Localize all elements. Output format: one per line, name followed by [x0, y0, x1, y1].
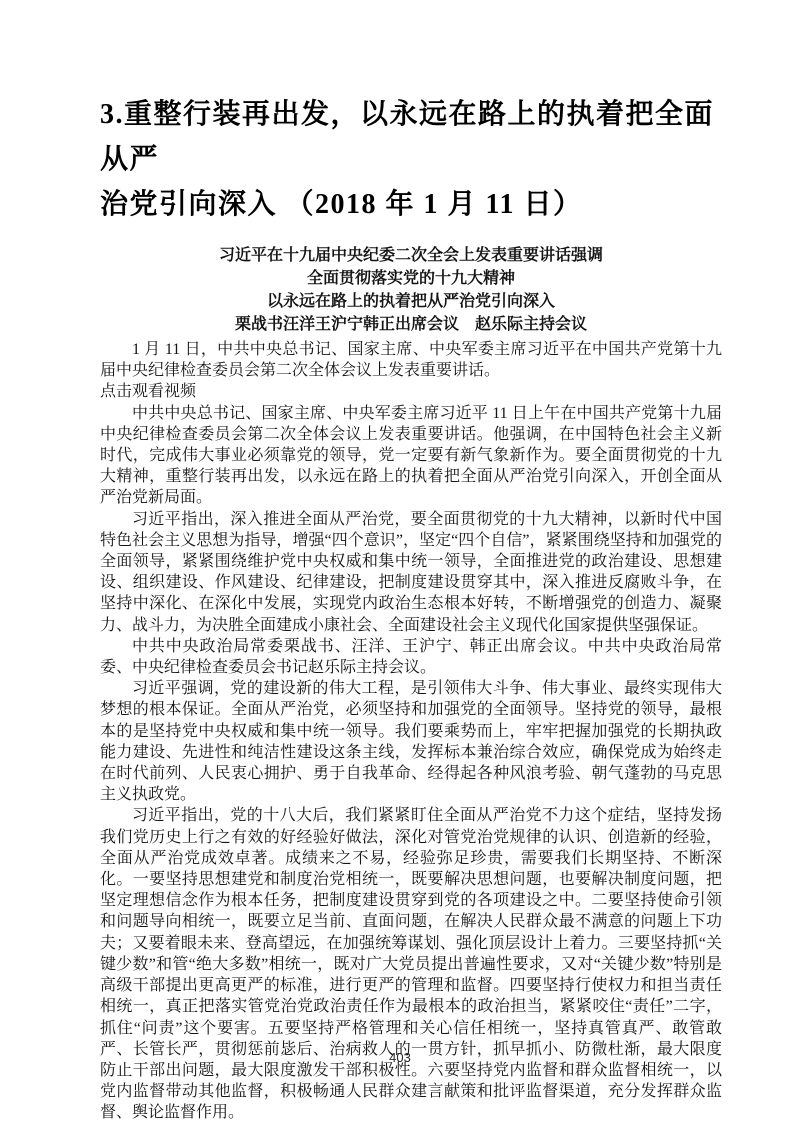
body-paragraph: 中共中央政治局常委栗战书、汪洋、王沪宁、韩正出席会议。中共中央政治局常委、中央纪…	[100, 636, 722, 678]
document-title: 3.重整行装再出发，以永远在路上的执着把全面从严 治党引向深入 （2018 年 …	[100, 0, 722, 227]
title-line-1: 3.重整行装再出发，以永远在路上的执着把全面从严	[100, 92, 722, 182]
headline-line-4: 栗战书汪洋王沪宁韩正出席会议 赵乐际主持会议	[100, 313, 722, 336]
title-line-2: 治党引向深入 （2018 年 1 月 11 日）	[100, 182, 722, 227]
headline-line-2: 全面贯彻落实党的十九大精神	[100, 267, 722, 290]
body-paragraph: 习近平指出，深入推进全面从严治党，要全面贯彻党的十九大精神，以新时代中国特色社会…	[100, 509, 722, 636]
body-paragraph: 习近平强调，党的建设新的伟大工程，是引领伟大斗争、伟大事业、最终实现伟大梦想的根…	[100, 678, 722, 805]
headline-line-1: 习近平在十九届中央纪委二次全会上发表重要讲话强调	[100, 244, 722, 267]
headline-line-3: 以永远在路上的执着把从严治党引向深入	[100, 290, 722, 313]
page-footer: 403	[0, 1050, 800, 1065]
body-paragraph: 1 月 11 日，中共中央总书记、国家主席、中央军委主席习近平在中国共产党第十九…	[100, 339, 722, 381]
video-link-line: 点击观看视频	[100, 381, 722, 402]
body-paragraph: 中共中央总书记、国家主席、中央军委主席习近平 11 日上午在中国共产党第十九届中…	[100, 403, 722, 509]
document-page: 3.重整行装再出发，以永远在路上的执着把全面从严 治党引向深入 （2018 年 …	[0, 0, 800, 1133]
headline-block: 习近平在十九届中央纪委二次全会上发表重要讲话强调 全面贯彻落实党的十九大精神 以…	[100, 244, 722, 336]
article-body: 1 月 11 日，中共中央总书记、国家主席、中央军委主席习近平在中国共产党第十九…	[100, 339, 722, 1124]
page-number: 403	[389, 1050, 411, 1065]
body-paragraph: 习近平指出，党的十八大后，我们紧紧盯住全面从严治党不力这个症结，坚持发扬我们党历…	[100, 805, 722, 1123]
